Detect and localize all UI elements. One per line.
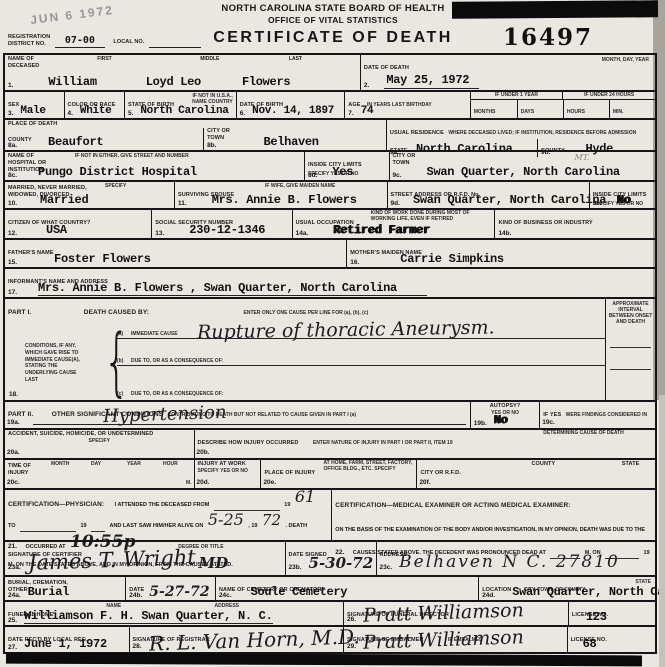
if-yes-label: IF YES	[543, 412, 561, 418]
describe-injury-label: DESCRIBE HOW INJURY OCCURRED	[198, 440, 299, 446]
citizen-value: USA	[46, 224, 67, 237]
item-13-number: 13.	[155, 231, 164, 238]
field-time-of-injury: TIME OF INJURY MONTH DAY YEAR HOUR 20c. …	[5, 460, 194, 488]
last-saw-text: AND LAST SAW HIM/HER ALIVE ON	[109, 523, 203, 529]
item-20a-number: 20a.	[7, 450, 20, 457]
item-26-number: 26.	[347, 617, 356, 624]
city-rfd-label: CITY OR R.F.D.	[420, 470, 460, 476]
interval-column: APPROXIMATE INTERVAL BETWEEN ONSET AND D…	[605, 299, 655, 400]
inside-city-limits-2-value: No	[617, 194, 631, 207]
certifier-address-value: Belhaven N C. 27810	[399, 554, 620, 571]
date-of-death-value: May 25, 1972	[384, 74, 479, 89]
cause-line-a: (a) IMMEDIATE CAUSE Rupture of thoracic …	[117, 315, 605, 339]
item-28-number: 28.	[133, 644, 142, 651]
registrar-signature: R. L. Van Horn, M.D.	[148, 626, 359, 653]
seen-19: , 19	[248, 523, 257, 529]
describe-injury-sub-label: ENTER NATURE OF INJURY IN PART I OR PART…	[313, 440, 453, 446]
cause-line-b: (b) DUE TO, OR AS A CONSEQUENCE OF:	[117, 349, 605, 366]
death-county-value: Beaufort	[48, 136, 103, 149]
registration-label-1: REGISTRATION	[8, 34, 50, 41]
usual-residence-label: USUAL RESIDENCE	[390, 130, 444, 136]
injury-at-work-sub-label: SPECIFY YES OR NO	[198, 468, 258, 474]
item-24c-number: 24c.	[219, 593, 232, 600]
marital-value: Married	[40, 194, 88, 207]
field-informant: INFORMANT'S NAME AND ADDRESS 17. Mrs. An…	[5, 269, 655, 297]
group-usual-residence: USUAL RESIDENCE WHERE DECEASED LIVED; IF…	[386, 120, 655, 150]
item-27-number: 27.	[8, 645, 17, 652]
field-cemetery: NAME OF CEMETERY OR CREMATORY 24c. Soule…	[215, 577, 478, 600]
field-sex: SEX 3. Male	[5, 92, 64, 118]
item-20e-number: 20e.	[263, 480, 276, 487]
first-name-value: William	[48, 76, 96, 89]
accident-label: ACCIDENT, SUICIDE, HOMICIDE, OR UNDETERM…	[8, 431, 191, 438]
ssn-value: 230-12-1346	[189, 224, 265, 237]
part-1-label: PART I.	[8, 309, 31, 316]
field-date-received: DATE REC'D BY LOCAL REG. 27. June 1, 197…	[5, 627, 129, 652]
certificate-title: CERTIFICATE OF DEATH	[168, 29, 498, 47]
item-17-number: 17.	[8, 290, 17, 297]
item-8d-number: 8d.	[308, 173, 317, 180]
informant-value: Mrs. Annie B. Flowers , Swan Quarter, No…	[38, 282, 427, 296]
month-label: MONTH	[51, 461, 69, 467]
under-1-year-label: IF UNDER 1 YEAR	[471, 92, 563, 99]
usual-residence-sub-label: WHERE DECEASED LIVED; IF INSTITUTION, RE…	[448, 130, 636, 136]
item-2-number: 2.	[364, 83, 369, 90]
office-name: OFFICE OF VITAL STATISTICS	[168, 15, 498, 25]
part-2-line	[33, 424, 466, 425]
item-19c-number: 19c.	[542, 420, 555, 427]
form-header: NORTH CAROLINA STATE BOARD OF HEALTH OFF…	[168, 3, 498, 47]
certificate-form: NAME OF DECEASED FIRST MIDDLE LAST 1. Wi…	[3, 53, 657, 654]
line-b-letter: (b)	[117, 358, 123, 364]
field-accident-suicide: ACCIDENT, SUICIDE, HOMICIDE, OR UNDETERM…	[5, 430, 194, 458]
hospital-sub-label: IF NOT IN EITHER, GIVE STREET AND NUMBER	[75, 153, 189, 159]
marital-sub-label: SPECIFY	[105, 183, 126, 189]
field-embalmer-signature: SIGNATURE OF EMBALMER IF EMBALMED 29. Pr…	[343, 627, 567, 652]
residence-city-value: Swan Quarter, North Carolina	[427, 166, 620, 179]
mother-value: Carrie Simpkins	[400, 253, 504, 266]
item-24b-number: 24b.	[129, 593, 142, 600]
last-label: LAST	[289, 56, 302, 62]
item-24d-number: 24d.	[482, 593, 495, 600]
item-14b-number: 14b.	[498, 231, 511, 238]
item-9c-number: 9c.	[393, 173, 402, 180]
field-occupation: USUAL OCCUPATION KIND OF WORK DONE DURIN…	[292, 210, 495, 238]
field-inside-city-limits-death: INSIDE CITY LIMITS SPECIFY YES OR NO 8d.…	[304, 152, 389, 180]
burial-value: Burial	[28, 586, 69, 599]
place-of-injury-sub-label: AT HOME, FARM, STREET, FACTORY, OFFICE B…	[323, 461, 413, 472]
field-embalmer-license: LICENSE NO. 68	[567, 627, 655, 652]
board-name: NORTH CAROLINA STATE BOARD OF HEALTH	[168, 3, 498, 14]
item-16-number: 16.	[350, 260, 359, 267]
industry-label: KIND OF BUSINESS OR INDUSTRY	[498, 220, 592, 226]
certification-physician-title: CERTIFICATION—PHYSICIAN:	[8, 501, 104, 508]
to-year-blank	[91, 524, 105, 532]
months-label: MONTHS	[474, 109, 496, 115]
item-7-number: 7.	[348, 111, 353, 118]
field-date-of-death: DATE OF DEATH MONTH, DAY, YEAR 2. May 25…	[360, 55, 655, 90]
item-3-number: 3.	[8, 111, 13, 118]
to-blank	[20, 524, 76, 532]
father-value: Foster Flowers	[54, 253, 151, 266]
place-of-injury-label: PLACE OF INJURY	[264, 470, 315, 476]
hours-label: HOURS	[567, 109, 585, 115]
field-funeral-home: FUNERAL HOME NAME ADDRESS 25. Williamson…	[5, 602, 343, 625]
death-city-value: Belhaven	[263, 136, 318, 149]
injury-state-label: STATE	[622, 461, 640, 468]
death-certificate-scan: JUN 6 1972 REGISTRATION DISTRICT NO. 07-…	[0, 0, 665, 667]
item-5-number: 5.	[128, 111, 133, 118]
field-registrar-signature: SIGNATURE OF REGISTRAR 28. R. L. Van Hor…	[129, 627, 344, 652]
name-label: NAME OF DECEASED	[8, 56, 48, 70]
street-address-value: Swan Quarter, North Carolina	[413, 194, 606, 207]
field-certifier-address: ADDRESS 23c. Belhaven N C. 27810	[376, 542, 656, 575]
age-value: 74	[361, 105, 374, 117]
field-mother: MOTHER'S MAIDEN NAME 16. Carrie Simpkins	[346, 240, 655, 267]
item-19b-number: 19b.	[474, 421, 487, 428]
middle-label: MIDDLE	[200, 56, 219, 62]
year-label: YEAR	[127, 461, 141, 467]
registration-label-2: DISTRICT NO.	[8, 41, 50, 48]
item-23a-number: 23a.	[8, 565, 21, 572]
interval-label-2: BETWEEN ONSET AND DEATH	[609, 313, 653, 325]
item-20c-number: 20c.	[7, 480, 20, 487]
embalmer-signature: Pratt Williamson	[363, 628, 524, 653]
item-8a-number: 8a.	[8, 143, 17, 150]
me-basis-text: ON THE BASIS OF THE EXAMINATION OF THE B…	[335, 527, 645, 533]
meridiem-label: M.	[186, 480, 192, 486]
line-a-letter: (a)	[117, 331, 123, 337]
field-marital-status: MARRIED, NEVER MARRIED, WIDOWED, DIVORCE…	[5, 182, 174, 208]
field-name-of-deceased: NAME OF DECEASED FIRST MIDDLE LAST 1. Wi…	[5, 55, 360, 90]
item-10-number: 10.	[8, 201, 17, 208]
field-director-license: LICENSE NO. 123	[568, 602, 655, 625]
due-to-c-label: DUE TO, OR AS A CONSEQUENCE OF:	[131, 391, 223, 397]
item-1-number: 1.	[8, 83, 13, 90]
item-8b-number: 8b.	[207, 143, 216, 150]
field-death-city: CITY OR TOWN 8b. Belhaven	[203, 128, 386, 150]
attended-year-value: 61	[295, 487, 315, 506]
field-state-of-birth: STATE OF BIRTH IF NOT IN U.S.A., NAME CO…	[124, 92, 236, 118]
under-24-hours-label: IF UNDER 24 HOURS	[562, 92, 655, 99]
field-father: FATHER'S NAME 15. Foster Flowers	[5, 240, 346, 267]
item-29-number: 29.	[347, 644, 356, 651]
certifier-degree: MD	[198, 556, 228, 571]
certification-medical-examiner: CERTIFICATION—MEDICAL EXAMINER OR ACTING…	[331, 490, 655, 540]
field-injury-location: CITY OR R.F.D. COUNTY STATE 20f.	[416, 460, 655, 488]
interval-line-a	[610, 347, 651, 348]
min-label: MIN.	[613, 109, 624, 115]
item-9e-number: 9e.	[593, 201, 602, 208]
item-20f-number: 20f.	[419, 480, 430, 487]
director-license-value: 123	[586, 611, 607, 624]
field-surviving-spouse: SURVIVING SPOUSE IF WIFE, GIVE MAIDEN NA…	[174, 182, 387, 208]
field-age: AGE IN YEARS LAST BIRTHDAY 7. 74	[344, 92, 469, 118]
redaction-bar	[452, 0, 658, 18]
part-2-conditions: PART II. OTHER SIGNIFICANT CONDITIONS CO…	[5, 402, 470, 428]
part-2-label: PART II.	[8, 411, 33, 418]
day-label: DAY	[91, 461, 101, 467]
field-residence-city: CITY OR TOWN MT. 9c. Swan Quarter, North…	[389, 152, 656, 180]
field-burial: BURIAL, CREMATION, OTHER 24a. Burial	[5, 577, 125, 600]
item-25-number: 25.	[8, 618, 17, 625]
autopsy-label: AUTOPSY?	[474, 403, 537, 410]
field-industry: KIND OF BUSINESS OR INDUSTRY 14b.	[494, 210, 655, 238]
state-of-birth-value: North Carolina	[140, 105, 228, 117]
field-age-under-one: IF UNDER 1 YEAR IF UNDER 24 HOURS MONTHS…	[470, 92, 655, 118]
time-of-injury-label: TIME OF INJURY	[8, 463, 38, 477]
field-autopsy: AUTOPSY? YES OR NO 19b. No	[470, 402, 540, 428]
item-6-number: 6.	[240, 111, 245, 118]
field-funeral-director-signature: SIGNATURE OF FUNERAL DIRECTOR 26. Pratt …	[343, 602, 568, 625]
days-label: DAYS	[521, 109, 534, 115]
item-14a-number: 14a.	[296, 231, 309, 238]
field-date-signed: DATE SIGNED 23b. 5-30-72	[285, 542, 376, 575]
line-c-letter: (c)	[117, 391, 123, 397]
field-findings: IF YES WERE FINDINGS CONSIDERED IN DETER…	[539, 402, 655, 428]
injury-at-work-label: INJURY AT WORK	[198, 461, 258, 468]
field-street-address: STREET ADDRESS OR R.F.D. No. 9d. Swan Qu…	[387, 182, 589, 208]
item-24a-number: 24a.	[8, 593, 21, 600]
occupation-sub-label: KIND OF WORK DONE DURING MOST OF WORKING…	[371, 211, 481, 222]
scan-bottom-edge	[6, 653, 642, 667]
embalmer-license-value: 68	[583, 638, 597, 651]
item-23c-number: 23c.	[380, 565, 393, 572]
last-name-value: Flowers	[242, 76, 290, 89]
date-signed-value: 5-30-72	[309, 556, 374, 571]
last-seen-date-value: 5-25	[208, 510, 244, 529]
occupation-value: Retired Farmer	[333, 224, 430, 237]
cause-line-c: (c) DUE TO, OR AS A CONSEQUENCE OF:	[117, 388, 605, 398]
other-conditions-value: Hypertension	[103, 404, 227, 426]
autopsy-value: No	[494, 414, 508, 427]
field-hospital: NAME OF HOSPITAL OR INSTITUTION IF NOT I…	[5, 152, 304, 180]
field-color-or-race: COLOR OR RACE 4. White	[64, 92, 124, 118]
field-citizen: CITIZEN OF WHAT COUNTRY? 12. USA	[5, 210, 151, 238]
place-of-death-label: PLACE OF DEATH	[5, 120, 386, 128]
local-no-label: LOCAL NO.	[113, 39, 144, 45]
cemetery-value: Soule Cemetery	[251, 586, 348, 599]
residence-city-label: CITY OR TOWN	[393, 153, 423, 167]
race-value: White	[80, 105, 112, 117]
spouse-value: Mrs. Annie B. Flowers	[212, 194, 357, 207]
interval-line-b	[610, 369, 651, 370]
field-injury-at-work: INJURY AT WORK SPECIFY YES OR NO 20d.	[194, 460, 261, 488]
spouse-sub-label: IF WIFE, GIVE MAIDEN NAME	[265, 183, 335, 189]
item-20d-number: 20d.	[197, 480, 210, 487]
inside-city-limits-value: Yes	[332, 166, 353, 179]
item-12-number: 12.	[8, 231, 17, 238]
state-of-birth-sub-label: IF NOT IN U.S.A., NAME COUNTRY	[181, 93, 233, 105]
middle-name-value: Loyd Leo	[146, 76, 201, 89]
field-cemetery-location: LOCATION CITY, TOWN, OR COUNTY STATE 24d…	[478, 577, 655, 600]
field-describe-injury: DESCRIBE HOW INJURY OCCURRED ENTER NATUR…	[194, 430, 656, 458]
certification-physician: CERTIFICATION—PHYSICIAN: I ATTENDED THE …	[5, 490, 331, 540]
immediate-cause-label: IMMEDIATE CAUSE	[131, 331, 178, 337]
injury-county-label: COUNTY	[531, 461, 555, 468]
to-label: TO	[8, 523, 16, 529]
field-burial-date: DATE 24b. 5-27-72	[125, 577, 215, 600]
hospital-value: Pungo District Hospital	[38, 166, 197, 179]
pencil-note: MT.	[575, 153, 590, 162]
date-of-death-label: DATE OF DEATH	[364, 65, 409, 71]
field-signature-of-certifier: SIGNATURE OF CERTIFIER DEGREE OR TITLE 2…	[5, 542, 285, 575]
group-place-of-death: PLACE OF DEATH COUNTY 8a. Beaufort CITY …	[5, 120, 386, 150]
death-word: . DEATH	[285, 523, 307, 529]
date-of-birth-value: Nov. 14, 1897	[252, 105, 334, 117]
item-9d-number: 9d.	[391, 201, 400, 208]
certifier-signature: James T. Wright	[27, 547, 195, 574]
location-value: Swan Quarter, North Car.	[512, 586, 665, 599]
field-place-of-injury: PLACE OF INJURY AT HOME, FARM, STREET, F…	[260, 460, 416, 488]
burial-date-value: 5-27-72	[149, 585, 209, 599]
conditions-label: CONDITIONS, IF ANY, WHICH GAVE RISE TO I…	[25, 343, 87, 384]
attended-from-text: I ATTENDED THE DECEASED FROM	[115, 502, 210, 508]
item-20b-number: 20b.	[197, 450, 210, 457]
certificate-number: 16497	[503, 24, 593, 51]
funeral-director-signature: Pratt Williamson	[363, 601, 524, 626]
field-inside-city-limits-residence: INSIDE CITY LIMITS SPECIFY YES OR NO 9e.…	[589, 182, 655, 208]
certification-me-title: CERTIFICATION—MEDICAL EXAMINER OR ACTING…	[335, 502, 570, 509]
registration-district-value: 07-00	[55, 35, 105, 48]
funeral-home-value: Williamson F. H. Swan Quarter, N. C.	[24, 610, 272, 624]
interval-label-1: APPROXIMATE INTERVAL	[612, 301, 648, 313]
accident-sub-label: SPECIFY	[8, 438, 191, 444]
immediate-cause-value: Rupture of thoracic Aneurysm.	[197, 318, 495, 342]
date-received-value: June 1, 1972	[24, 638, 107, 651]
field-date-of-birth: DATE OF BIRTH 6. Nov. 14, 1897	[236, 92, 345, 118]
item-19a-number: 19a.	[7, 420, 20, 427]
part-1-block: PART I. DEATH CAUSED BY: ENTER ONLY ONE …	[5, 297, 655, 400]
field-death-county: COUNTY 8a. Beaufort	[5, 128, 203, 150]
received-date-stamp: JUN 6 1972	[29, 3, 114, 27]
item-15-number: 15.	[8, 260, 17, 267]
to-19: 19	[80, 523, 86, 529]
item-23b-number: 23b.	[289, 565, 302, 572]
first-label: FIRST	[97, 56, 111, 62]
hour-label: HOUR	[163, 461, 178, 467]
item-4-number: 4.	[68, 111, 73, 118]
item-11-number: 11.	[178, 201, 187, 208]
attended-19: 19	[284, 502, 290, 508]
date-of-death-sub-label: MONTH, DAY, YEAR	[602, 57, 649, 63]
field-ssn: SOCIAL SECURITY NUMBER 13. 230-12-1346	[151, 210, 291, 238]
item-18-number: 18.	[9, 392, 18, 399]
item-8c-number: 8c.	[8, 173, 17, 180]
last-seen-year-value: 72	[262, 511, 281, 529]
sex-value: Male	[20, 105, 45, 117]
due-to-b-label: DUE TO, OR AS A CONSEQUENCE OF:	[131, 358, 223, 364]
